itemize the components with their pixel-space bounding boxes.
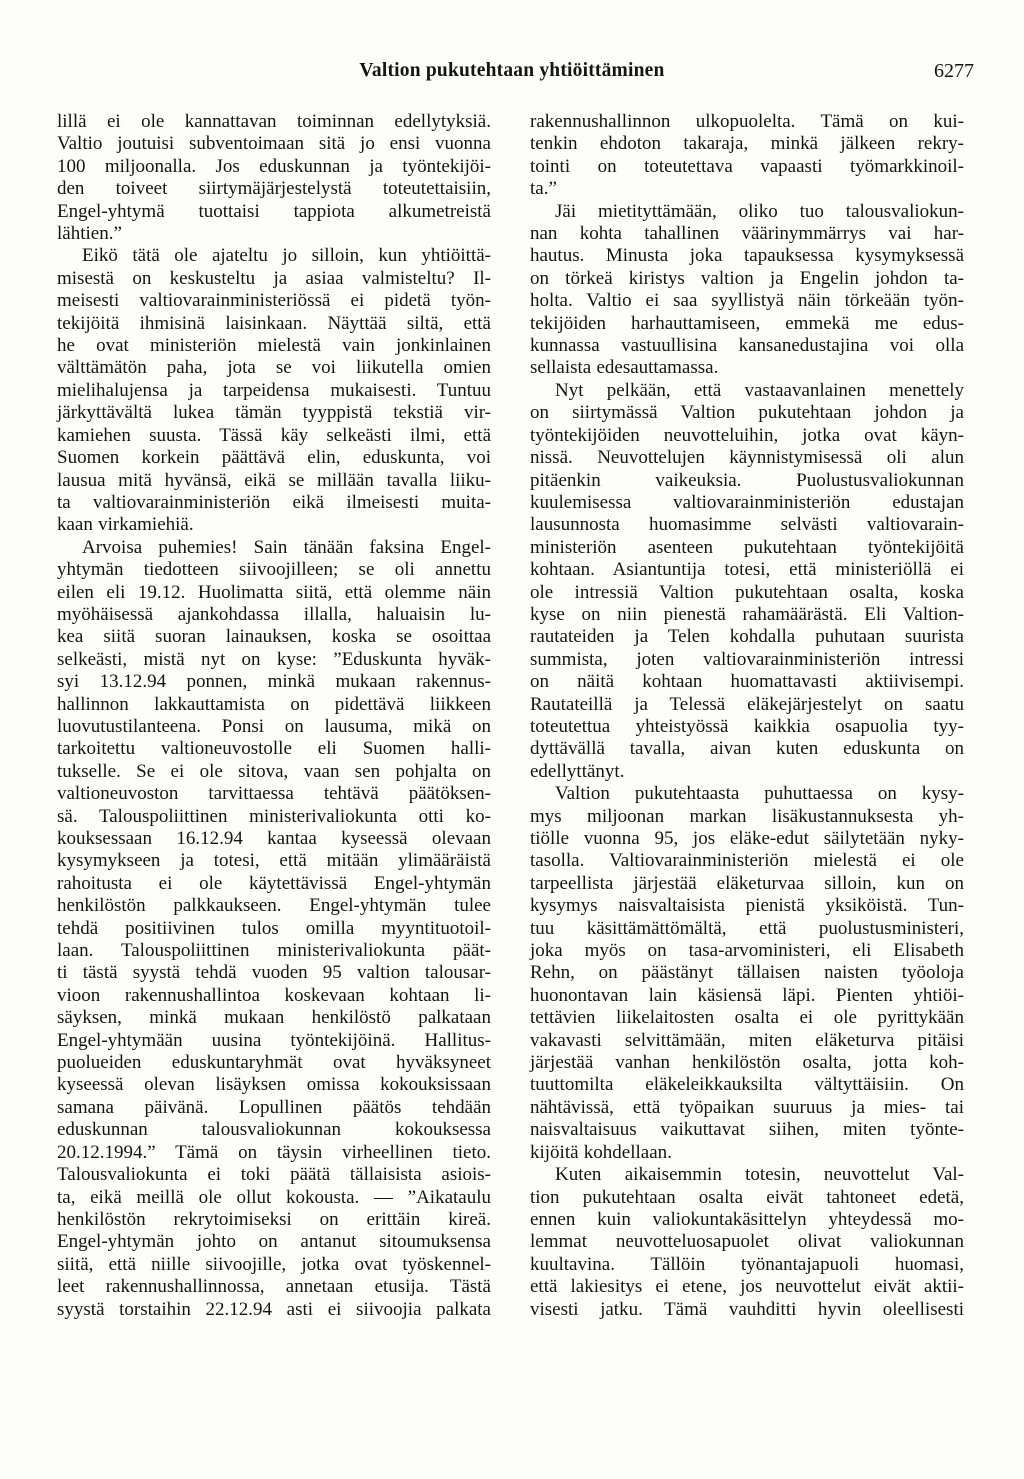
text-line: mielihalujensa ja tarpeidensa mukaisesti… bbox=[57, 380, 491, 402]
text-line: samana päivänä. Lopullinen päätös tehdää… bbox=[57, 1097, 491, 1119]
text-line: ti tästä syystä tehdä vuoden 95 valtion … bbox=[57, 962, 491, 984]
text-line: Rehn, on päästänyt tällaisen naisten työ… bbox=[530, 962, 964, 984]
text-line: 20.12.1994.” Tämä on täysin virheellinen… bbox=[57, 1142, 491, 1164]
paragraph: Nyt pelkään, että vastaavanlainen menett… bbox=[530, 380, 964, 783]
text-line: huonontavan lain käsiensä läpi. Pienten … bbox=[530, 985, 964, 1007]
text-line: tiölle vuonna 95, jos eläke-edut säilyte… bbox=[530, 828, 964, 850]
left-column: lillä ei ole kannattavan toiminnan edell… bbox=[57, 111, 491, 1321]
text-line: Engel-yhtymä tuottaisi tappiota alkumetr… bbox=[57, 201, 491, 223]
text-line: ta valtiovarainministeriön eikä ilmeises… bbox=[57, 492, 491, 514]
text-line: tarkoitettu valtioneuvostolle eli Suomen… bbox=[57, 738, 491, 760]
text-line: Valtion pukutehtaasta puhuttaessa on kys… bbox=[530, 783, 964, 805]
paragraph: lillä ei ole kannattavan toiminnan edell… bbox=[57, 111, 491, 245]
text-line: lillä ei ole kannattavan toiminnan edell… bbox=[57, 111, 491, 133]
text-line: hallinnon lakkauttamista on pidettävä li… bbox=[57, 694, 491, 716]
text-line: syystä torstaihin 22.12.94 asti ei siivo… bbox=[57, 1299, 491, 1321]
text-line: eduskunnan talousvaliokunnan kokouksessa bbox=[57, 1119, 491, 1141]
text-line: Engel-yhtymään uusina työntekijöinä. Hal… bbox=[57, 1030, 491, 1052]
text-line: naisvaltaisuus vaikuttavat siihen, miten… bbox=[530, 1119, 964, 1141]
text-line: dyttävällä tavalla, aivan kuten eduskunt… bbox=[530, 738, 964, 760]
text-line: Talousvaliokunta ei toki päätä tällaisis… bbox=[57, 1164, 491, 1186]
text-line: tointi on toteutettava vapaasti työmarkk… bbox=[530, 156, 964, 178]
text-line: yhtymän tiedotteen siivoojilleen; se oli… bbox=[57, 559, 491, 581]
scanned-document-page: Valtion pukutehtaan yhtiöittäminen 6277 … bbox=[0, 0, 1024, 1479]
text-line: Rautateillä ja Telessä eläkejärjestelyt … bbox=[530, 694, 964, 716]
text-line: pitäenkin vaikeuksia. Puolustusvaliokunn… bbox=[530, 470, 964, 492]
text-line: eilen eli 19.12. Huolimatta siitä, että … bbox=[57, 582, 491, 604]
text-line: puolueiden eduskuntaryhmät ovat hyväksyn… bbox=[57, 1052, 491, 1074]
text-line: joka myös on tasa-arvoministeri, eli Eli… bbox=[530, 940, 964, 962]
page-header: Valtion pukutehtaan yhtiöittäminen 6277 bbox=[0, 60, 1024, 90]
text-line: tekijöiden harhauttamiseen, emmekä me ed… bbox=[530, 313, 964, 335]
text-line: visesti jatku. Tämä vauhditti hyvin olee… bbox=[530, 1299, 964, 1321]
text-line: laan. Talouspoliittinen ministerivalioku… bbox=[57, 940, 491, 962]
text-line: tehdä positiivinen tulos omilla myyntitu… bbox=[57, 918, 491, 940]
text-line: henkilöstön rekrytoimiseksi on erittäin … bbox=[57, 1209, 491, 1231]
page-title: Valtion pukutehtaan yhtiöittäminen bbox=[0, 60, 1024, 82]
text-line: nissä. Neuvottelujen käynnistymisessä ol… bbox=[530, 447, 964, 469]
text-line: vioon rakennushallintoa koskevaan kohtaa… bbox=[57, 985, 491, 1007]
text-line: lausunnosta huomasimme selvästi valtiova… bbox=[530, 514, 964, 536]
text-line: meisesti valtiovarainministeriössä ei pi… bbox=[57, 290, 491, 312]
paragraph: Arvoisa puhemies! Sain tänään faksina En… bbox=[57, 537, 491, 1321]
text-line: on näitä kohtaan huomattavasti aktiivise… bbox=[530, 671, 964, 693]
text-line: on törkeä kiristys valtion ja Engelin jo… bbox=[530, 268, 964, 290]
text-line: holta. Valtio ei saa syyllistyä näin tör… bbox=[530, 290, 964, 312]
text-line: myöhäisessä ajankohdassa illalla, haluai… bbox=[57, 604, 491, 626]
text-line: summista, joten valtiovarainministeriön … bbox=[530, 649, 964, 671]
text-line: kohtaan. Asiantuntija totesi, että minis… bbox=[530, 559, 964, 581]
text-line: että lakiesitys ei etene, jos neuvottelu… bbox=[530, 1276, 964, 1298]
text-line: välttämätön paha, jota se voi liikutella… bbox=[57, 357, 491, 379]
text-line: lemmat neuvotteluosapuolet olivat valiok… bbox=[530, 1231, 964, 1253]
text-line: kuulemisessa valtiovarainministeriön edu… bbox=[530, 492, 964, 514]
paragraph: Jäi mietityttämään, oliko tuo talousvali… bbox=[530, 201, 964, 380]
text-line: kijöitä kohdellaan. bbox=[530, 1142, 964, 1164]
text-line: tasolla. Valtiovarainministeriön mielest… bbox=[530, 850, 964, 872]
text-line: ennen kuin valiokuntakäsittelyn yhteydes… bbox=[530, 1209, 964, 1231]
text-line: tarpeellista järjestää eläketurvaa sillo… bbox=[530, 873, 964, 895]
text-line: 100 miljoonalla. Jos eduskunnan ja työnt… bbox=[57, 156, 491, 178]
paragraph: Valtion pukutehtaasta puhuttaessa on kys… bbox=[530, 783, 964, 1164]
text-line: vakavasti selvittämään, miten eläketurva… bbox=[530, 1030, 964, 1052]
right-column: rakennushallinnon ulkopuolelta. Tämä on … bbox=[530, 111, 964, 1321]
text-line: toteutettua yhteistyössä kaikkia osapuol… bbox=[530, 716, 964, 738]
text-line: Engel-yhtymän johto on antanut sitoumuks… bbox=[57, 1231, 491, 1253]
text-line: lähtien.” bbox=[57, 223, 491, 245]
text-line: kysymys naisvaltaisista pienistä yksiköi… bbox=[530, 895, 964, 917]
text-line: säyksen, minkä mukaan henkilöstö palkata… bbox=[57, 1007, 491, 1029]
text-line: ole intressiä Valtion pukutehtaan osalta… bbox=[530, 582, 964, 604]
text-line: rahoitusta ei ole käytettävissä Engel-yh… bbox=[57, 873, 491, 895]
text-line: selkeästi, mistä nyt on kyse: ”Eduskunta… bbox=[57, 649, 491, 671]
text-line: rautateiden ja Telen kohdalla puhutaan s… bbox=[530, 626, 964, 648]
text-line: siitä, että niille siivoojille, jotka ov… bbox=[57, 1254, 491, 1276]
text-line: nan kohta tahallinen väärinymmärrys vai … bbox=[530, 223, 964, 245]
text-line: tettävien liikelaitosten osalta ei ole p… bbox=[530, 1007, 964, 1029]
text-line: leet rakennushallinnossa, annetaan etusi… bbox=[57, 1276, 491, 1298]
text-line: kyse on niin pienestä rahamäärästä. Eli … bbox=[530, 604, 964, 626]
text-line: järkyttävältä lukea tämän tyyppistä teks… bbox=[57, 402, 491, 424]
page-number: 6277 bbox=[934, 60, 974, 83]
text-line: lausua mitä hyvänsä, eikä se millään tav… bbox=[57, 470, 491, 492]
text-line: den toiveet siirtymäjärjestelystä toteut… bbox=[57, 178, 491, 200]
text-line: edellyttänyt. bbox=[530, 761, 964, 783]
text-line: sellaista edesauttamassa. bbox=[530, 357, 964, 379]
text-line: Eikö tätä ole ajateltu jo silloin, kun y… bbox=[57, 245, 491, 267]
text-line: Nyt pelkään, että vastaavanlainen menett… bbox=[530, 380, 964, 402]
text-line: luovutustilanteena. Ponsi on lausuma, mi… bbox=[57, 716, 491, 738]
text-line: ta, eikä meillä ole ollut kokousta. — ”A… bbox=[57, 1187, 491, 1209]
text-line: on siirtymässä Valtion pukutehtaan johdo… bbox=[530, 402, 964, 424]
text-line: tuuttomilta eläkeleikkauksilta vältyttäi… bbox=[530, 1074, 964, 1096]
text-line: rakennushallinnon ulkopuolelta. Tämä on … bbox=[530, 111, 964, 133]
text-line: tion pukutehtaan osalta eivät tahtoneet … bbox=[530, 1187, 964, 1209]
text-line: misestä on keskusteltu ja asiaa valmiste… bbox=[57, 268, 491, 290]
text-line: Valtio joutuisi subventoimaan sitä jo en… bbox=[57, 133, 491, 155]
text-line: valtioneuvoston tarvittaessa tehtävä pää… bbox=[57, 783, 491, 805]
text-line: kouksessaan 16.12.94 kantaa kyseessä ole… bbox=[57, 828, 491, 850]
text-line: sä. Talouspoliittinen ministerivaliokunt… bbox=[57, 806, 491, 828]
text-line: kamiehen suusta. Tässä käy selkeästi ilm… bbox=[57, 425, 491, 447]
text-line: kyseessä olevan lisäyksen omissa kokouks… bbox=[57, 1074, 491, 1096]
text-columns: lillä ei ole kannattavan toiminnan edell… bbox=[57, 111, 964, 1321]
text-line: ta.” bbox=[530, 178, 964, 200]
text-line: nähtävissä, että työpaikan suuruus ja mi… bbox=[530, 1097, 964, 1119]
text-line: Suomen korkein päättävä elin, eduskunta,… bbox=[57, 447, 491, 469]
text-line: tekijöitä ihmisinä laisinkaan. Näyttää s… bbox=[57, 313, 491, 335]
text-line: henkilöstön palkkaukseen. Engel-yhtymän … bbox=[57, 895, 491, 917]
text-line: tukselle. Se ei ole sitova, vaan sen poh… bbox=[57, 761, 491, 783]
text-line: kunnassa vastuullisina kansanedustajina … bbox=[530, 335, 964, 357]
text-line: mys miljoonan markan lisäkustannuksesta … bbox=[530, 806, 964, 828]
text-line: kaan virkamiehiä. bbox=[57, 514, 491, 536]
text-line: tenkin ehdoton takaraja, minkä jälkeen r… bbox=[530, 133, 964, 155]
text-line: kuultavina. Tällöin työnantajapuoli huom… bbox=[530, 1254, 964, 1276]
text-line: Arvoisa puhemies! Sain tänään faksina En… bbox=[57, 537, 491, 559]
text-line: he ovat ministeriön mielestä vain jonkin… bbox=[57, 335, 491, 357]
text-line: tuu käsittämättömältä, että puolustusmin… bbox=[530, 918, 964, 940]
text-line: Jäi mietityttämään, oliko tuo talousvali… bbox=[530, 201, 964, 223]
text-line: työntekijöiden neuvotteluihin, jotka ova… bbox=[530, 425, 964, 447]
paragraph: rakennushallinnon ulkopuolelta. Tämä on … bbox=[530, 111, 964, 201]
text-line: järjestää vanhan henkilöstön osalta, jot… bbox=[530, 1052, 964, 1074]
paragraph: Eikö tätä ole ajateltu jo silloin, kun y… bbox=[57, 245, 491, 536]
text-line: kysymykseen ja totesi, että mitään ylimä… bbox=[57, 850, 491, 872]
text-line: syi 13.12.94 ponnen, minkä mukaan rakenn… bbox=[57, 671, 491, 693]
text-line: kea siitä suoran lainauksen, koska se os… bbox=[57, 626, 491, 648]
paragraph: Kuten aikaisemmin totesin, neuvottelut V… bbox=[530, 1164, 964, 1321]
text-line: hautus. Minusta joka tapauksessa kysymyk… bbox=[530, 245, 964, 267]
text-line: Kuten aikaisemmin totesin, neuvottelut V… bbox=[530, 1164, 964, 1186]
text-line: ministeriön asenteen pukutehtaan työntek… bbox=[530, 537, 964, 559]
